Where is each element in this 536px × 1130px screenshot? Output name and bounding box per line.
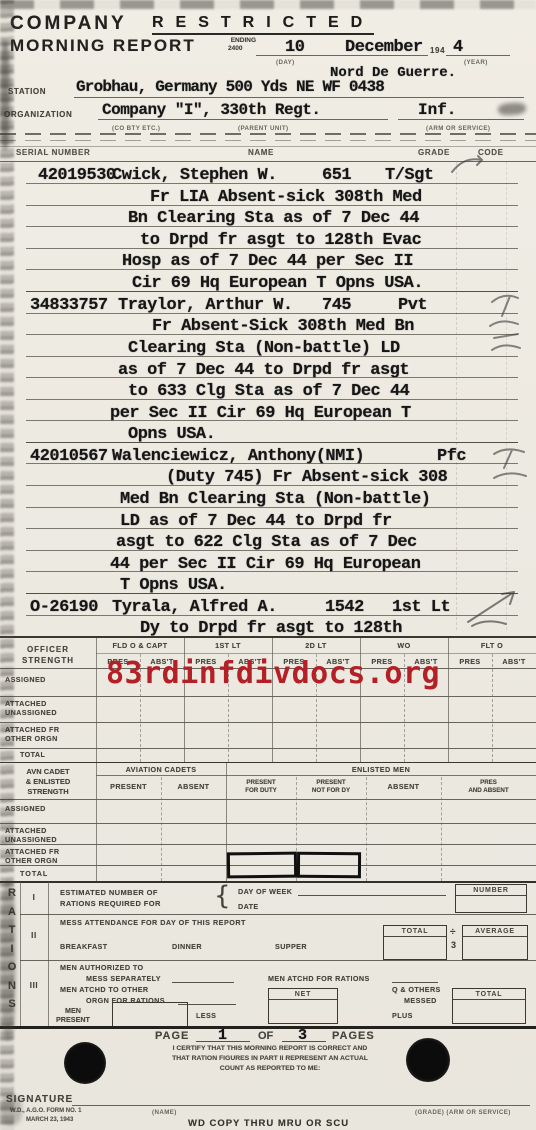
col-present-for-duty: PRESENT FOR DUTY [226, 779, 296, 795]
rule-line [26, 291, 518, 292]
estimated-rations-label: ESTIMATED NUMBER OF RATIONS REQUIRED FOR [60, 887, 161, 909]
entry-text: (Duty 745) Fr Absent-sick 308 [166, 469, 447, 486]
rations-row-rule [20, 914, 536, 915]
rations-row-rule [20, 960, 536, 961]
men-authorized-label: MEN AUTHORIZED TO [60, 964, 143, 971]
officer-row-rule [0, 722, 536, 723]
avn-strength-stub: AVN CADET & ENLISTED STRENGTH [0, 767, 96, 797]
entry-text: to Drpd fr asgt to 128th Evac [140, 232, 421, 249]
avn-grid-line [441, 777, 442, 881]
group-aviation-cadets: AVIATION CADETS [96, 766, 226, 776]
entry-grade: Pvt [398, 297, 427, 314]
date-label: DATE [238, 903, 259, 910]
distribution-line: WD COPY THRU MRU OR SCU [188, 1119, 349, 1129]
morning-report-document: COMPANY RESTRICTED MORNING REPORT ENDING… [0, 0, 536, 1130]
entry-text: Fr LIA Absent-sick 308th Med [150, 189, 422, 206]
entry-text: Dy to Drpd fr asgt to 128th [140, 620, 402, 637]
total-box-label: TOTAL [384, 926, 446, 937]
messed-label: MESSED [404, 997, 437, 1004]
net-box-label: NET [269, 989, 337, 1000]
roster-header-rule [0, 146, 536, 147]
scan-smudge [0, 880, 16, 1040]
supper-label: SUPPER [275, 943, 307, 950]
rations-bottom-rule [0, 1026, 536, 1029]
year-caption: (YEAR) [464, 59, 488, 66]
entry-text: to 633 Clg Sta as of 7 Dec 44 [128, 383, 409, 400]
pages-count-line [282, 1033, 326, 1042]
org-caption-co: (CO BTY ETC.) [112, 125, 160, 132]
total-box: TOTAL [383, 925, 447, 960]
day-of-week-line [298, 887, 446, 896]
branch-rule [398, 119, 524, 120]
entry-mos: 745 [322, 297, 351, 314]
rule-line [26, 593, 518, 594]
pencil-box [227, 852, 297, 879]
avn-grid-line [96, 763, 97, 881]
rule-line [26, 269, 518, 270]
rule-line [26, 226, 518, 227]
rule-line [26, 615, 518, 616]
entry-grade: T/Sgt [385, 167, 434, 184]
entry-text: Clearing Sta (Non-battle) LD [128, 340, 400, 357]
officer-subcol-abst: ABS'T [492, 658, 536, 665]
total-box-2-label: TOTAL [453, 989, 525, 1000]
rations-numeral-3: III [20, 982, 48, 990]
officer-strength-table: OFFICER STRENGTH FLD O & CAPT 1ST LT 2D … [0, 636, 536, 762]
total-box-2: TOTAL [452, 988, 526, 1024]
organization-label: ORGANIZATION [4, 111, 72, 119]
officer-strength-stub: OFFICER STRENGTH [0, 644, 96, 666]
scan-smudge [0, 1095, 22, 1125]
rule-line [26, 550, 518, 551]
pencil-box [297, 852, 361, 878]
pencil-mark [462, 582, 526, 628]
roster-col-line [456, 162, 457, 630]
avn-row-total: TOTAL [20, 870, 48, 877]
watermark: 83rdinfdivdocs.org [106, 656, 440, 691]
rations-numeral-1: I [20, 894, 48, 902]
avn-grid-line [161, 777, 162, 881]
avn-row-rule [0, 823, 536, 824]
men-atchd-for-rations-label: MEN ATCHD FOR RATIONS [268, 975, 370, 982]
day-of-week-label: DAY OF WEEK [238, 888, 292, 895]
officer-col-group: FLD O & CAPT [96, 642, 184, 649]
rule-line [26, 507, 518, 508]
entry-text: T Opns USA. [120, 577, 227, 594]
number-box: NUMBER [455, 884, 527, 913]
average-box-label: AVERAGE [463, 926, 527, 937]
avn-row-rule [0, 799, 536, 800]
date-rule [256, 55, 428, 56]
signature-line [72, 1105, 530, 1106]
report-month: December [345, 39, 423, 56]
hole-punch [64, 1042, 106, 1084]
entry-name: Traylor, Arthur W. [118, 297, 293, 314]
divide-by-three: 3 [451, 941, 456, 950]
col-cadet-absent: ABSENT [161, 783, 226, 790]
officer-row-rule [0, 748, 536, 749]
rations-border [48, 882, 49, 1028]
rule-line [26, 485, 518, 486]
roster-col-line [506, 162, 507, 630]
entry-grade: 1st Lt [392, 599, 450, 616]
ending-2400-label: ENDING [224, 37, 256, 45]
officer-row-rule [0, 696, 536, 697]
certification-text: I CERTIFY THAT THIS MORNING REPORT IS CO… [120, 1044, 420, 1074]
scan-edge-noise [0, 0, 536, 9]
rule-line [26, 571, 518, 572]
report-day: 10 [285, 39, 304, 56]
rule-line [26, 420, 518, 421]
company-label: COMPANY [10, 14, 127, 33]
entry-mos: 1542 [325, 599, 364, 616]
officer-col-group: 2D LT [272, 642, 360, 649]
plus-label: PLUS [392, 1012, 413, 1019]
officer-subcol-pres: PRES [448, 658, 492, 665]
officer-col-group: WO [360, 642, 448, 649]
name-caption: (NAME) [152, 1109, 177, 1116]
entry-text: Bn Clearing Sta as of 7 Dec 44 [128, 210, 419, 227]
group-enlisted-men: ENLISTED MEN [226, 766, 536, 776]
men-atchd-other-label: MEN ATCHD TO OTHER [60, 986, 149, 993]
col-present-not-for-dy: PRESENT NOT FOR DY [296, 779, 366, 795]
pencil-mark [484, 290, 534, 360]
entry-text: Opns USA. [128, 426, 215, 443]
entry-text: Cir 69 Hq European T Opns USA. [132, 275, 423, 292]
day-caption: (DAY) [276, 59, 295, 66]
breakfast-label: BREAKFAST [60, 943, 108, 950]
officer-grid-line [492, 654, 493, 762]
organization-rule [98, 119, 388, 120]
entry-name: Tyrala, Alfred A. [112, 599, 277, 616]
entry-serial: 42019530 [38, 167, 116, 184]
officer-grid-line [96, 638, 97, 762]
entry-serial: O-26190 [30, 599, 98, 616]
rule-line [26, 205, 518, 206]
divide-sign: ÷ [450, 928, 456, 938]
officer-col-group: FLT O [448, 642, 536, 649]
mess-attendance-title: MESS ATTENDANCE FOR DAY OF THIS REPORT [60, 919, 246, 926]
pages-label: PAGES [332, 1031, 375, 1042]
morning-report-title: MORNING REPORT [10, 37, 196, 54]
entry-text: Hosp as of 7 Dec 44 per Sec II [122, 253, 413, 270]
report-year-digit: 4 [453, 39, 463, 56]
column-grade: GRADE [418, 149, 450, 157]
col-absent: ABSENT [366, 783, 441, 790]
average-box: AVERAGE [462, 925, 528, 960]
rule-line [26, 463, 518, 464]
organization-unit: Company "I", 330th Regt. [102, 102, 320, 118]
mess-separately-label: MESS SEPARATELY [86, 975, 161, 982]
rations-section: R A T I O N S I ESTIMATED NUMBER OF RATI… [0, 882, 536, 1028]
column-serial-number: SERIAL NUMBER [16, 149, 90, 157]
mess-separately-line [172, 974, 234, 983]
q-and-others-label: Q & OTHERS [392, 986, 441, 993]
hole-punch [406, 1038, 450, 1082]
page-label: PAGE [155, 1031, 189, 1042]
brace-glyph: { [214, 881, 231, 911]
men-present-label: MEN PRESENT [56, 1006, 90, 1024]
rule-line [26, 528, 518, 529]
grade-caption: (GRADE) (ARM OR SERVICE) [415, 1109, 511, 1116]
rule-line [26, 313, 518, 314]
entry-text: Med Bn Clearing Sta (Non-battle) [120, 491, 430, 508]
pencil-mark [448, 152, 488, 176]
entry-mos: 651 [322, 167, 351, 184]
avn-grid-line [366, 777, 367, 881]
restricted-stamp: RESTRICTED [152, 15, 374, 35]
station-value: Grobhau, Germany 500 Yds NE WF 0438 [76, 79, 384, 95]
rule-line [26, 399, 518, 400]
rule-line [26, 334, 518, 335]
rule-line [26, 356, 518, 357]
col-cadet-present: PRESENT [96, 783, 161, 790]
net-box: NET [268, 988, 338, 1024]
divider-broken [0, 133, 536, 135]
form-date: MARCH 23, 1943 [26, 1117, 73, 1123]
page-number-line [196, 1033, 250, 1042]
officer-grid-line [448, 638, 449, 762]
avn-row-rule [0, 844, 536, 845]
year-prefix: 194 [430, 47, 445, 55]
of-label: OF [258, 1031, 273, 1042]
ending-time: 2400 [228, 46, 242, 53]
men-present-box [112, 1002, 188, 1028]
divider-broken [0, 140, 536, 141]
entry-serial: 34833757 [30, 297, 108, 314]
rule-line [26, 248, 518, 249]
scan-smudge [0, 40, 10, 150]
dinner-label: DINNER [172, 943, 202, 950]
less-label: LESS [196, 1012, 216, 1019]
rations-border [20, 882, 21, 1028]
org-caption-arm: (ARM OR SERVICE) [426, 125, 490, 132]
number-box-label: NUMBER [456, 885, 526, 896]
station-rule [74, 97, 524, 98]
column-name: NAME [248, 149, 274, 157]
rule-line [26, 183, 518, 184]
entry-text: Fr Absent-Sick 308th Med Bn [152, 318, 414, 335]
rule-line [26, 442, 518, 443]
organization-branch: Inf. [418, 102, 456, 118]
year-rule [446, 55, 510, 56]
officer-row-total: TOTAL [20, 751, 45, 758]
men-atchd-line [392, 974, 438, 983]
ink-smudge [498, 102, 527, 116]
col-pres-and-absent: PRES AND ABSENT [441, 779, 536, 795]
officer-col-group: 1ST LT [184, 642, 272, 649]
org-caption-parent: (PARENT UNIT) [238, 125, 288, 132]
pencil-mark [488, 444, 534, 488]
entry-name: Cwick, Stephen W. [112, 167, 277, 184]
entry-text: asgt to 622 Clg Sta as of 7 Dec [116, 534, 417, 551]
rule-line [26, 377, 518, 378]
rations-numeral-2: II [20, 932, 48, 940]
